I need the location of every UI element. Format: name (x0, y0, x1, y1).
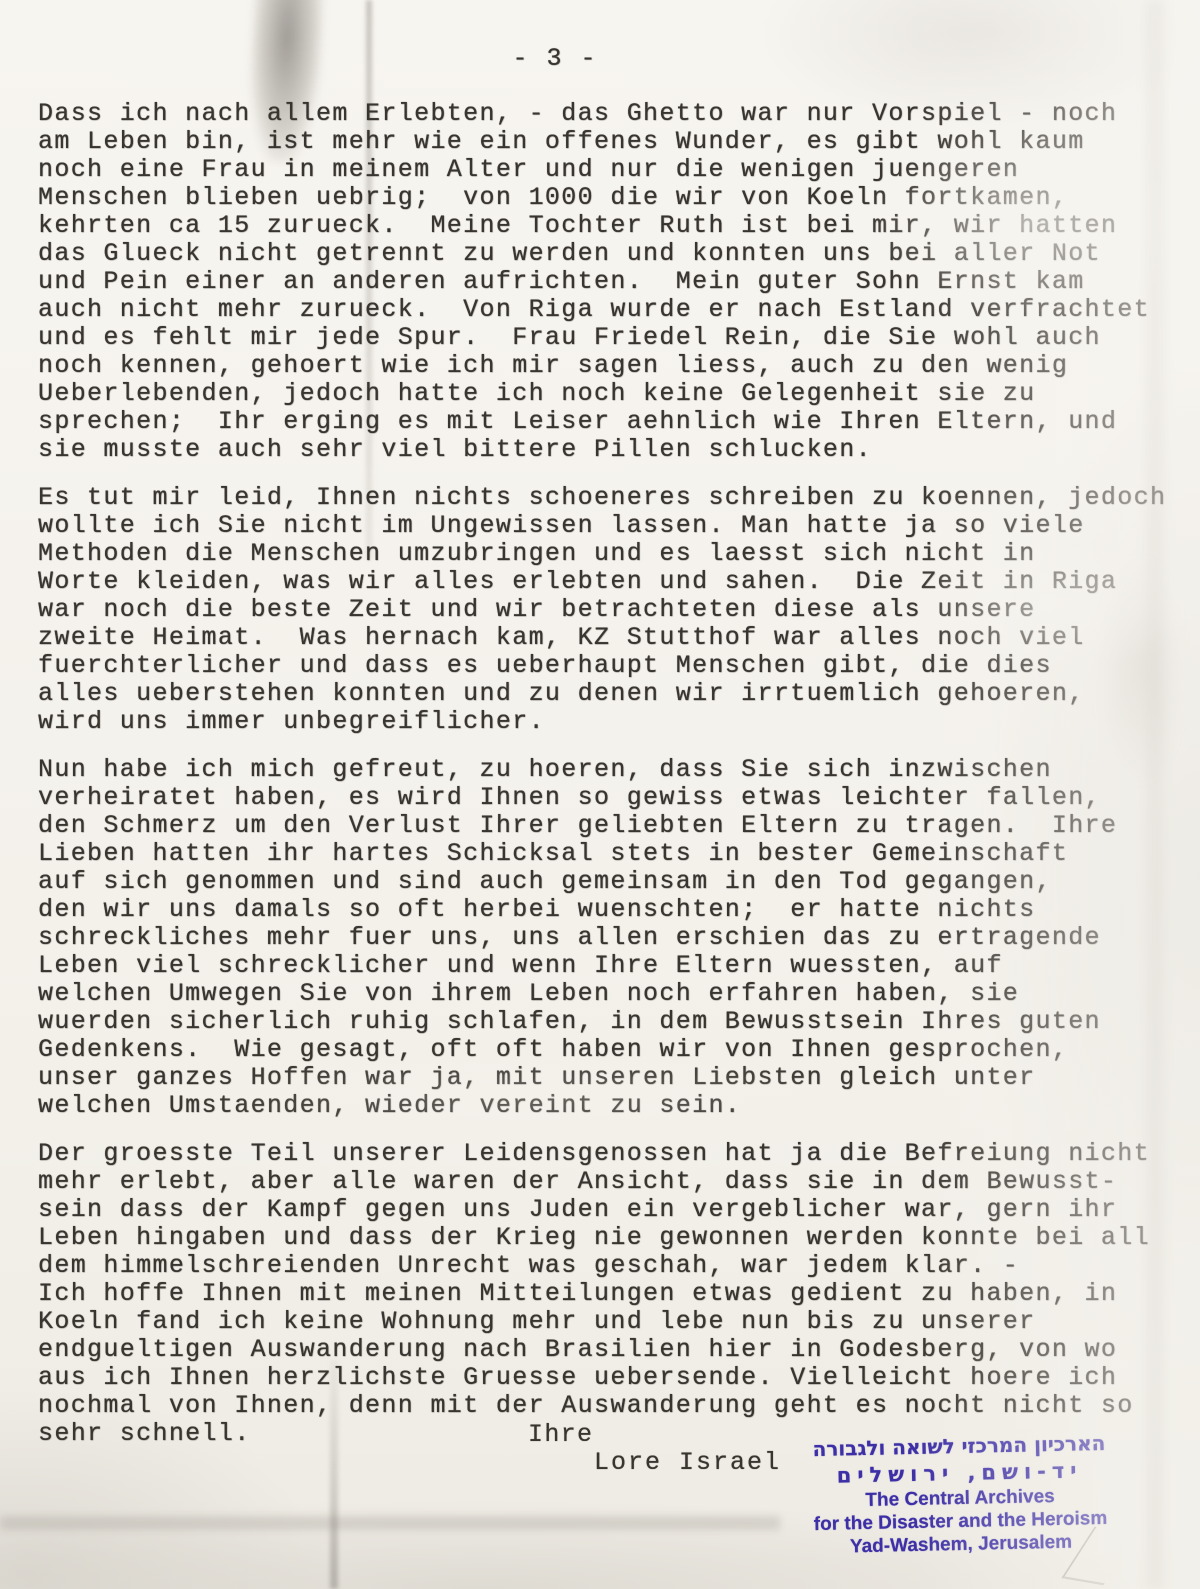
archive-stamp: הארכיון המרכזי לשואה ולגבורה יד-ושם, ירו… (787, 1430, 1133, 1559)
horizontal-crease-bottom (0, 1516, 780, 1530)
letter-line: Worte kleiden, was wir alles erlebten un… (38, 568, 1166, 596)
letter-line: Lieben hatten ihr hartes Schicksal stets… (38, 840, 1166, 868)
letter-line: sprechen; Ihr erging es mit Leiser aehnl… (38, 408, 1166, 436)
letter-line: noch kennen, gehoert wie ich mir sagen l… (38, 352, 1166, 380)
letter-line: Gedenkens. Wie gesagt, oft oft haben wir… (38, 1036, 1166, 1064)
letter-line: endgueltigen Auswanderung nach Brasilien… (38, 1336, 1166, 1364)
letter-line: den wir uns damals so oft herbei wuensch… (38, 896, 1166, 924)
letter-line: auch nicht mehr zurueck. Von Riga wurde … (38, 296, 1166, 324)
letter-line: zweite Heimat. Was hernach kam, KZ Stutt… (38, 624, 1166, 652)
letter-line: auf sich genommen und sind auch gemeinsa… (38, 868, 1166, 896)
signature: Lore Israel (594, 1448, 781, 1477)
paragraph: Dass ich nach allem Erlebten, - das Ghet… (38, 100, 1166, 464)
letter-line: und es fehlt mir jede Spur. Frau Friedel… (38, 324, 1166, 352)
letter-line: fuerchterlicher und dass es ueberhaupt M… (38, 652, 1166, 680)
letter-page: - 3 - Dass ich nach allem Erlebten, - da… (0, 0, 1200, 1589)
letter-line: sein dass der Kampf gegen uns Juden ein … (38, 1196, 1166, 1224)
letter-line: Koeln fand ich keine Wohnung mehr und le… (38, 1308, 1166, 1336)
letter-line: war noch die beste Zeit und wir betracht… (38, 596, 1166, 624)
letter-line: welchen Umwegen Sie von ihrem Leben noch… (38, 980, 1166, 1008)
letter-line: verheiratet haben, es wird Ihnen so gewi… (38, 784, 1166, 812)
letter-line: unser ganzes Hoffen war ja, mit unseren … (38, 1064, 1166, 1092)
letter-line: wird uns immer unbegreiflicher. (38, 708, 1166, 736)
letter-line: Menschen blieben uebrig; von 1000 die wi… (38, 184, 1166, 212)
letter-line: Ueberlebenden, jedoch hatte ich noch kei… (38, 380, 1166, 408)
letter-line: Leben viel schrecklicher und wenn Ihre E… (38, 952, 1166, 980)
letter-line: Nun habe ich mich gefreut, zu hoeren, da… (38, 756, 1166, 784)
paragraph: Nun habe ich mich gefreut, zu hoeren, da… (38, 756, 1166, 1120)
letter-line: noch eine Frau in meinem Alter und nur d… (38, 156, 1166, 184)
letter-line: wollte ich Sie nicht im Ungewissen lasse… (38, 512, 1166, 540)
paragraph: Es tut mir leid, Ihnen nichts schoeneres… (38, 484, 1166, 736)
letter-line: dem himmelschreienden Unrecht was gescha… (38, 1252, 1166, 1280)
letter-line: Methoden die Menschen umzubringen und es… (38, 540, 1166, 568)
letter-line: den Schmerz um den Verlust Ihrer geliebt… (38, 812, 1166, 840)
letter-line: Es tut mir leid, Ihnen nichts schoeneres… (38, 484, 1166, 512)
letter-line: aus ich Ihnen herzlichste Gruesse uebers… (38, 1364, 1166, 1392)
letter-line: Leben hingaben und dass der Krieg nie ge… (38, 1224, 1166, 1252)
letter-line: am Leben bin, ist mehr wie ein offenes W… (38, 128, 1166, 156)
letter-line: kehrten ca 15 zurueck. Meine Tochter Rut… (38, 212, 1166, 240)
letter-line: mehr erlebt, aber alle waren der Ansicht… (38, 1168, 1166, 1196)
letter-line: welchen Umstaenden, wieder vereint zu se… (38, 1092, 1166, 1120)
letter-line: das Glueck nicht getrennt zu werden und … (38, 240, 1166, 268)
letter-line: sie musste auch sehr viel bittere Pillen… (38, 436, 1166, 464)
letter-line: wuerden sicherlich ruhig schlafen, in de… (38, 1008, 1166, 1036)
page-number: - 3 - (470, 44, 640, 73)
letter-body: Dass ich nach allem Erlebten, - das Ghet… (38, 100, 1166, 1448)
letter-line: und Pein einer an anderen aufrichten. Me… (38, 268, 1166, 296)
letter-line: Der groesste Teil unserer Leidensgenosse… (38, 1140, 1166, 1168)
paragraph: Der groesste Teil unserer Leidensgenosse… (38, 1140, 1166, 1448)
closing-salutation: Ihre (528, 1420, 593, 1449)
letter-line: Dass ich nach allem Erlebten, - das Ghet… (38, 100, 1166, 128)
letter-line: alles ueberstehen konnten und zu denen w… (38, 680, 1166, 708)
letter-line: schreckliches mehr fuer uns, uns allen e… (38, 924, 1166, 952)
letter-line: nochmal von Ihnen, denn mit der Auswande… (38, 1392, 1166, 1420)
letter-line: Ich hoffe Ihnen mit meinen Mitteilungen … (38, 1280, 1166, 1308)
